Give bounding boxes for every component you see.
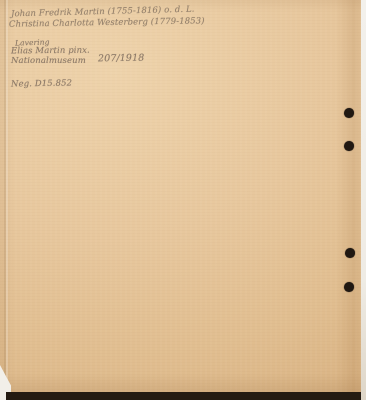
punch-hole bbox=[344, 141, 354, 151]
handwriting-second-name: Christina Charlotta Westerberg (1779-185… bbox=[9, 16, 205, 29]
scan-right-margin bbox=[361, 0, 366, 400]
paper: Johan Fredrik Martin (1755-1816) o. d. L… bbox=[0, 0, 361, 393]
punch-hole bbox=[344, 108, 354, 118]
punch-hole bbox=[345, 248, 355, 258]
scan-bottom-strip bbox=[6, 392, 361, 400]
handwriting-accession-number: 207/1918 bbox=[98, 53, 144, 65]
binder-crease bbox=[4, 0, 6, 393]
handwriting-museum-line: Nationalmuseum207/1918 bbox=[11, 55, 144, 66]
scanned-card: Johan Fredrik Martin (1755-1816) o. d. L… bbox=[0, 0, 366, 400]
punch-hole bbox=[344, 282, 354, 292]
handwriting-museum-label: Nationalmuseum bbox=[11, 56, 86, 66]
handwriting-negative-number: Neg. D15.852 bbox=[11, 78, 72, 89]
